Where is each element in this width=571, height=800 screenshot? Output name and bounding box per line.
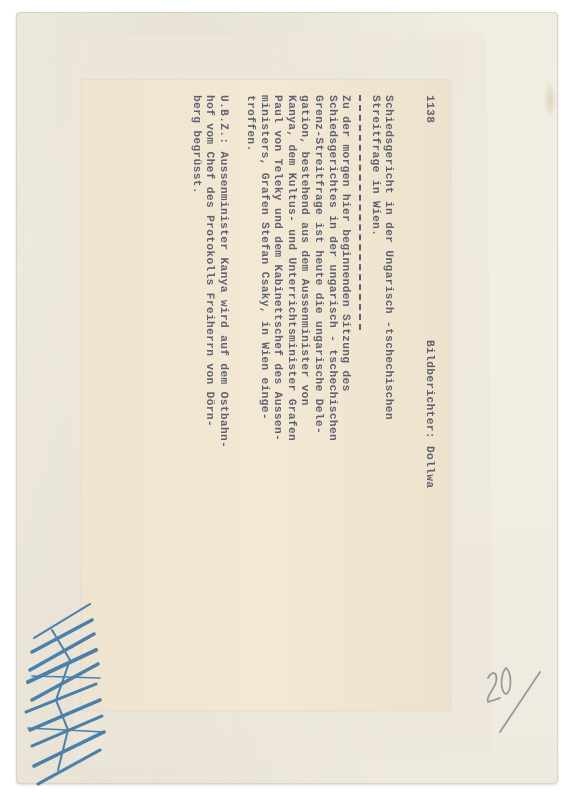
body-line: Schiedsgerichtes in der ungarisch - tsch… [324,95,338,655]
body-line: Paul von Teleky und dem Kabinettschef de… [270,95,284,655]
caption-line: berg begrüsst. [188,95,202,655]
caption-line: U.B.Z.: Aussenminister Kanya wird auf de… [215,95,229,655]
blue-crayon-scribble-icon [22,590,112,790]
caption-line: hof vom Chef des Protokolls Freiherrn vo… [202,95,216,655]
title-line: Schiedsgericht in der Ungarisch -tschech… [381,95,395,655]
body-line: Zu der morgen hier beginnenden Sitzung d… [338,95,352,655]
photo-number: 1138 [421,95,435,123]
body-line: Grenz-Streitfrage ist heute die ungarisc… [310,95,324,655]
body-line: gation, bestehend aus dem Aussenminister… [297,95,311,655]
card-stain [543,80,557,120]
dashed-divider [359,95,361,330]
body-line: ministers, Grafen Stefan Csaky, in Wien … [256,95,270,655]
body-line: Kanya, dem Kultus- und Unterrichtsminist… [283,95,297,655]
title-line: Streitfrage in Wien. [367,95,381,655]
pencil-number-mark-icon [478,660,548,740]
header-row: 1138 Bildberichter: Dollwa [421,95,435,655]
body-line: troffen. [242,95,256,655]
typewritten-caption: 1138 Bildberichter: Dollwa Schiedsgerich… [95,95,435,655]
photographer-credit: Bildberichter: Dollwa [421,340,435,488]
